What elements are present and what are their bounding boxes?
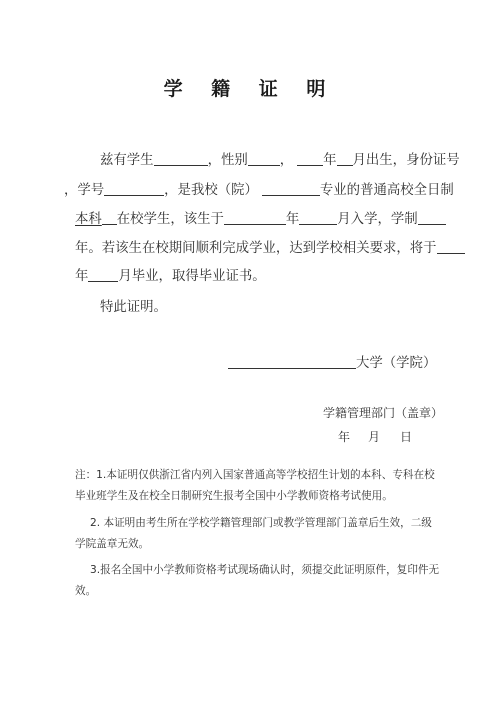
text: 年	[286, 212, 299, 227]
text: 月毕业，取得毕业证书。	[118, 269, 265, 284]
university-suffix: 大学（学院）	[356, 356, 436, 371]
enroll-year-blank[interactable]	[224, 211, 286, 225]
text: 月入学，学制	[337, 212, 417, 227]
paragraph-line-5: 年月毕业，取得毕业证书。	[75, 268, 266, 285]
grad-year-blank[interactable]	[437, 240, 465, 254]
date-month: 月	[368, 430, 380, 444]
text: ，性别	[208, 153, 248, 168]
text: 专业的普通高校全日制	[320, 183, 454, 198]
note-3-line-1: 3.报名全国中小学教师资格考试现场确认时，须提交此证明原件，复印件无	[90, 563, 439, 577]
gender-blank[interactable]	[248, 152, 280, 166]
text: 月出生，身份证号	[353, 153, 460, 168]
note-2-line-1: 2. 本证明由考生所在学校学籍管理部门或教学管理部门盖章后生效，二级	[90, 516, 432, 530]
university-name-blank[interactable]	[228, 355, 356, 369]
student-id-blank[interactable]	[104, 182, 164, 196]
document-title: 学 籍 证 明	[0, 74, 500, 101]
text: 在校学生，该生于	[117, 212, 224, 227]
note-1-line-1: 注：1.本证明仅供浙江省内列入国家普通高等学校招生计划的本科、专科在校	[75, 468, 435, 482]
paragraph-line-4: 年。若该生在校期间顺利完成学业，达到学校相关要求，将于	[75, 240, 465, 257]
paragraph-line-2: ，学号，是我校（院）专业的普通高校全日制	[64, 182, 454, 199]
closing-text: 特此证明。	[100, 300, 167, 316]
date-year: 年	[338, 430, 350, 444]
university-line: 大学（学院）	[228, 355, 436, 372]
degree-blank[interactable]	[102, 211, 117, 225]
grad-month-blank[interactable]	[88, 268, 118, 282]
enroll-month-blank[interactable]	[299, 211, 337, 225]
signature-date: 年月日	[338, 428, 412, 445]
duration-blank[interactable]	[418, 211, 446, 225]
note-1-line-2: 毕业班学生及在校全日制研究生报考全国中小学教师资格考试使用。	[75, 489, 393, 503]
birth-month-blank[interactable]	[337, 152, 353, 166]
major-blank[interactable]	[262, 182, 320, 196]
text: 兹有学生	[100, 153, 154, 168]
paragraph-line-1: 兹有学生，性别，年月出生，身份证号	[100, 152, 460, 169]
text: 年。若该生在校期间顺利完成学业，达到学校相关要求，将于	[75, 241, 437, 256]
date-day: 日	[400, 430, 412, 444]
degree-level: 本科	[75, 212, 102, 227]
text: 年	[75, 269, 88, 284]
department-seal-label: 学籍管理部门（盖章）	[323, 404, 443, 421]
note-3-line-2: 效。	[75, 584, 96, 598]
paragraph-line-3: 本科在校学生，该生于年月入学，学制	[75, 211, 446, 228]
birth-year-blank[interactable]	[297, 152, 323, 166]
text: ，	[280, 153, 293, 168]
text: 年	[323, 153, 336, 168]
student-name-blank[interactable]	[154, 152, 208, 166]
text: ，学号	[64, 183, 104, 198]
note-2-line-2: 学院盖章无效。	[75, 537, 149, 551]
text: ，是我校（院）	[164, 183, 258, 198]
